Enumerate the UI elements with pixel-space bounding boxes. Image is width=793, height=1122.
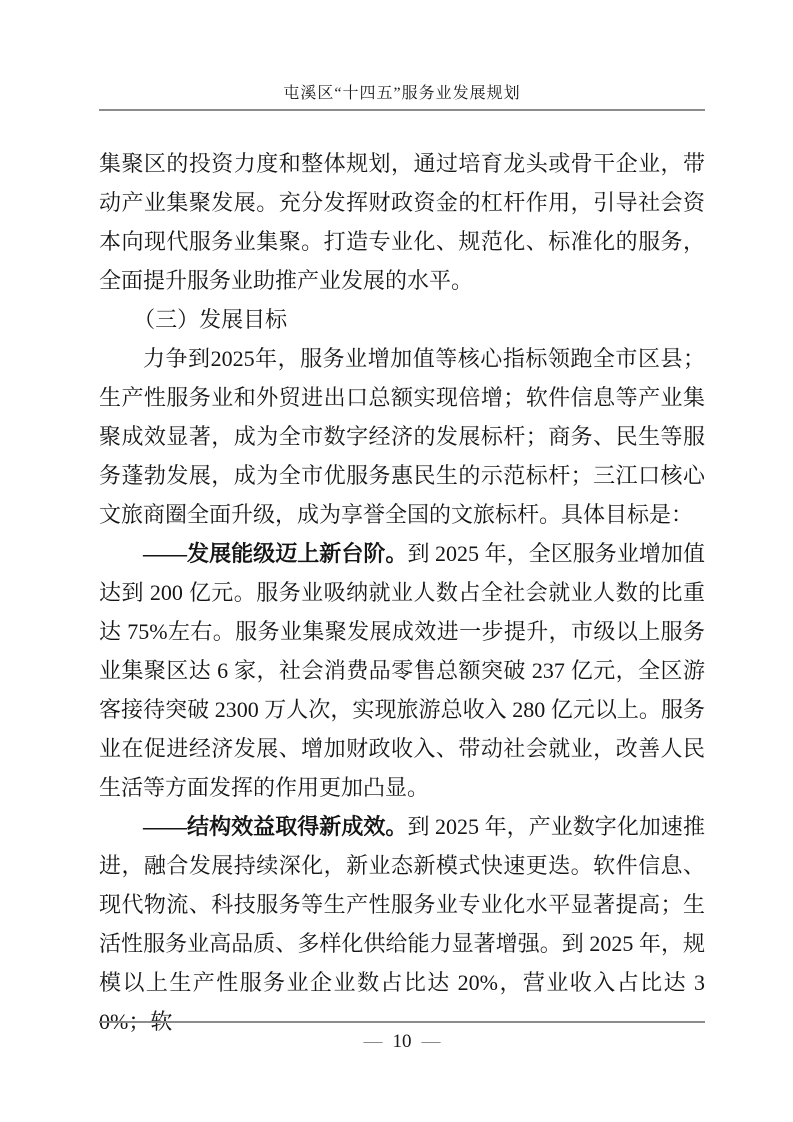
section-heading: （三）发展目标 bbox=[99, 300, 705, 339]
paragraph-continuation: 集聚区的投资力度和整体规划，通过培育龙头或骨干企业，带动产业集聚发展。充分发挥财… bbox=[99, 144, 705, 300]
bullet-text: 到 2025 年，全区服务业增加值达到 200 亿元。服务业吸纳就业人数占全社会… bbox=[99, 541, 705, 800]
header-title: 屯溪区“十四五”服务业发展规划 bbox=[99, 84, 705, 111]
bullet-paragraph: ——发展能级迈上新台阶。到 2025 年，全区服务业增加值达到 200 亿元。服… bbox=[99, 534, 705, 807]
page-number-dash-right: — bbox=[422, 1031, 441, 1052]
page-number-dash-left: — bbox=[364, 1031, 383, 1052]
page-header: 屯溪区“十四五”服务业发展规划 bbox=[99, 0, 705, 111]
bullet-text: 到 2025 年，产业数字化加速推进，融合发展持续深化，新业态新模式快速更迭。软… bbox=[99, 814, 705, 1034]
page-body: 集聚区的投资力度和整体规划，通过培育龙头或骨干企业，带动产业集聚发展。充分发挥财… bbox=[99, 144, 705, 1041]
bullet-paragraph: ——结构效益取得新成效。到 2025 年，产业数字化加速推进，融合发展持续深化，… bbox=[99, 807, 705, 1041]
bullet-lead: ——发展能级迈上新台阶。 bbox=[143, 541, 407, 566]
paragraph-goals: 力争到2025年，服务业增加值等核心指标领跑全市区县；生产性服务业和外贸进出口总… bbox=[99, 339, 705, 534]
page-number: 10 bbox=[383, 1031, 422, 1052]
document-page: 屯溪区“十四五”服务业发展规划 集聚区的投资力度和整体规划，通过培育龙头或骨干企… bbox=[0, 0, 793, 1122]
page-number-row: —10— bbox=[99, 1023, 705, 1053]
bullet-lead: ——结构效益取得新成效。 bbox=[143, 814, 407, 839]
page-footer: —10— bbox=[99, 1021, 705, 1053]
